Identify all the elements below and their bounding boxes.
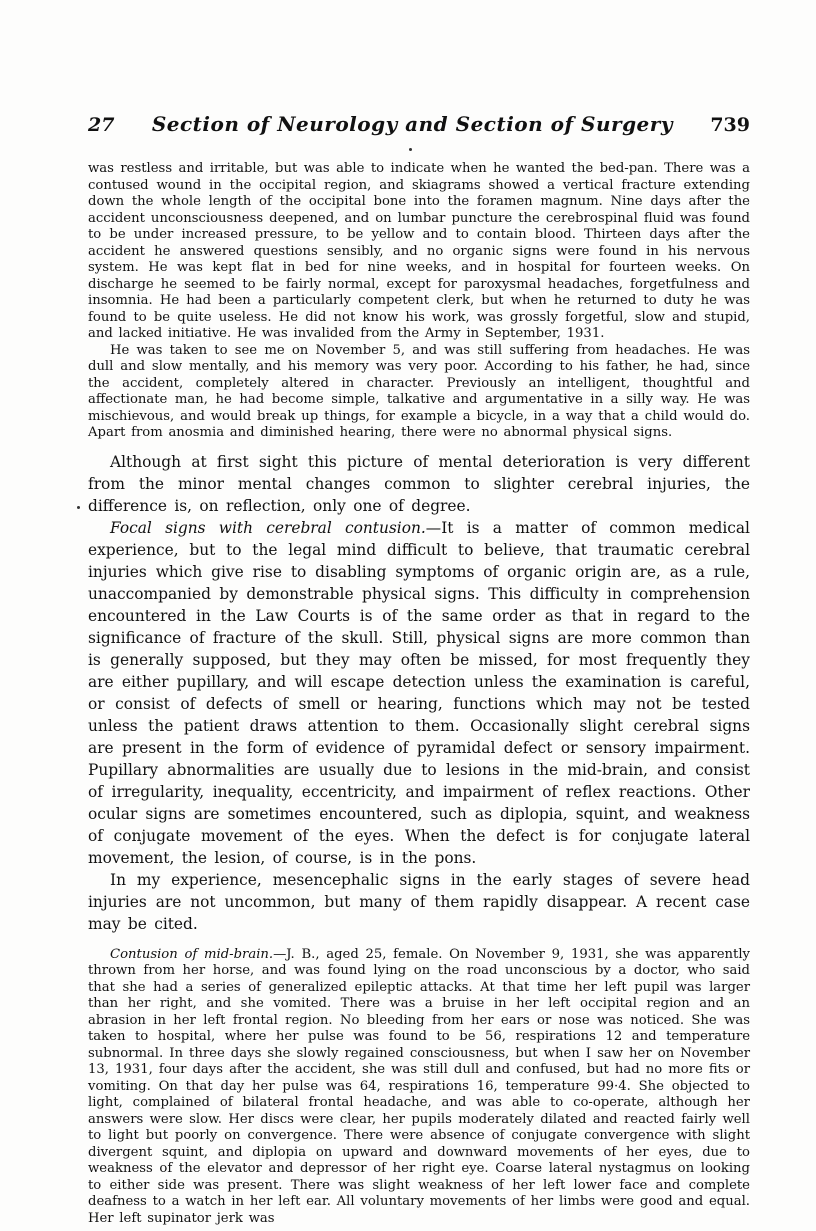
case-report-heading: Contusion of mid-brain.	[110, 947, 273, 962]
focal-signs-heading: Focal signs with cerebral contusion.	[110, 519, 426, 537]
article-body: was restless and irritable, but was able…	[88, 161, 750, 1227]
focal-signs-text: —It is a matter of common medical experi…	[88, 519, 750, 867]
continuation-paragraph: was restless and irritable, but was able…	[88, 161, 750, 343]
case-report-text: —J. B., aged 25, female. On November 9, …	[88, 947, 750, 1226]
case-report-paragraph: Contusion of mid-brain.—J. B., aged 25, …	[88, 947, 750, 1228]
print-artifact-speck	[409, 148, 412, 151]
experience-paragraph: In my experience, mesencephalic signs in…	[88, 869, 750, 935]
journal-page: 27 Section of Neurology and Section of S…	[0, 0, 816, 1231]
print-artifact-speck	[77, 506, 80, 509]
page-number: 739	[710, 114, 750, 136]
running-title: Section of Neurology and Section of Surg…	[114, 112, 710, 136]
case-history-paragraph: He was taken to see me on November 5, an…	[88, 343, 750, 442]
page-header: 27 Section of Neurology and Section of S…	[88, 112, 750, 136]
section-number: 27	[88, 114, 114, 136]
discussion-paragraph: Although at first sight this picture of …	[88, 451, 750, 517]
focal-signs-paragraph: Focal signs with cerebral contusion.—It …	[88, 517, 750, 869]
